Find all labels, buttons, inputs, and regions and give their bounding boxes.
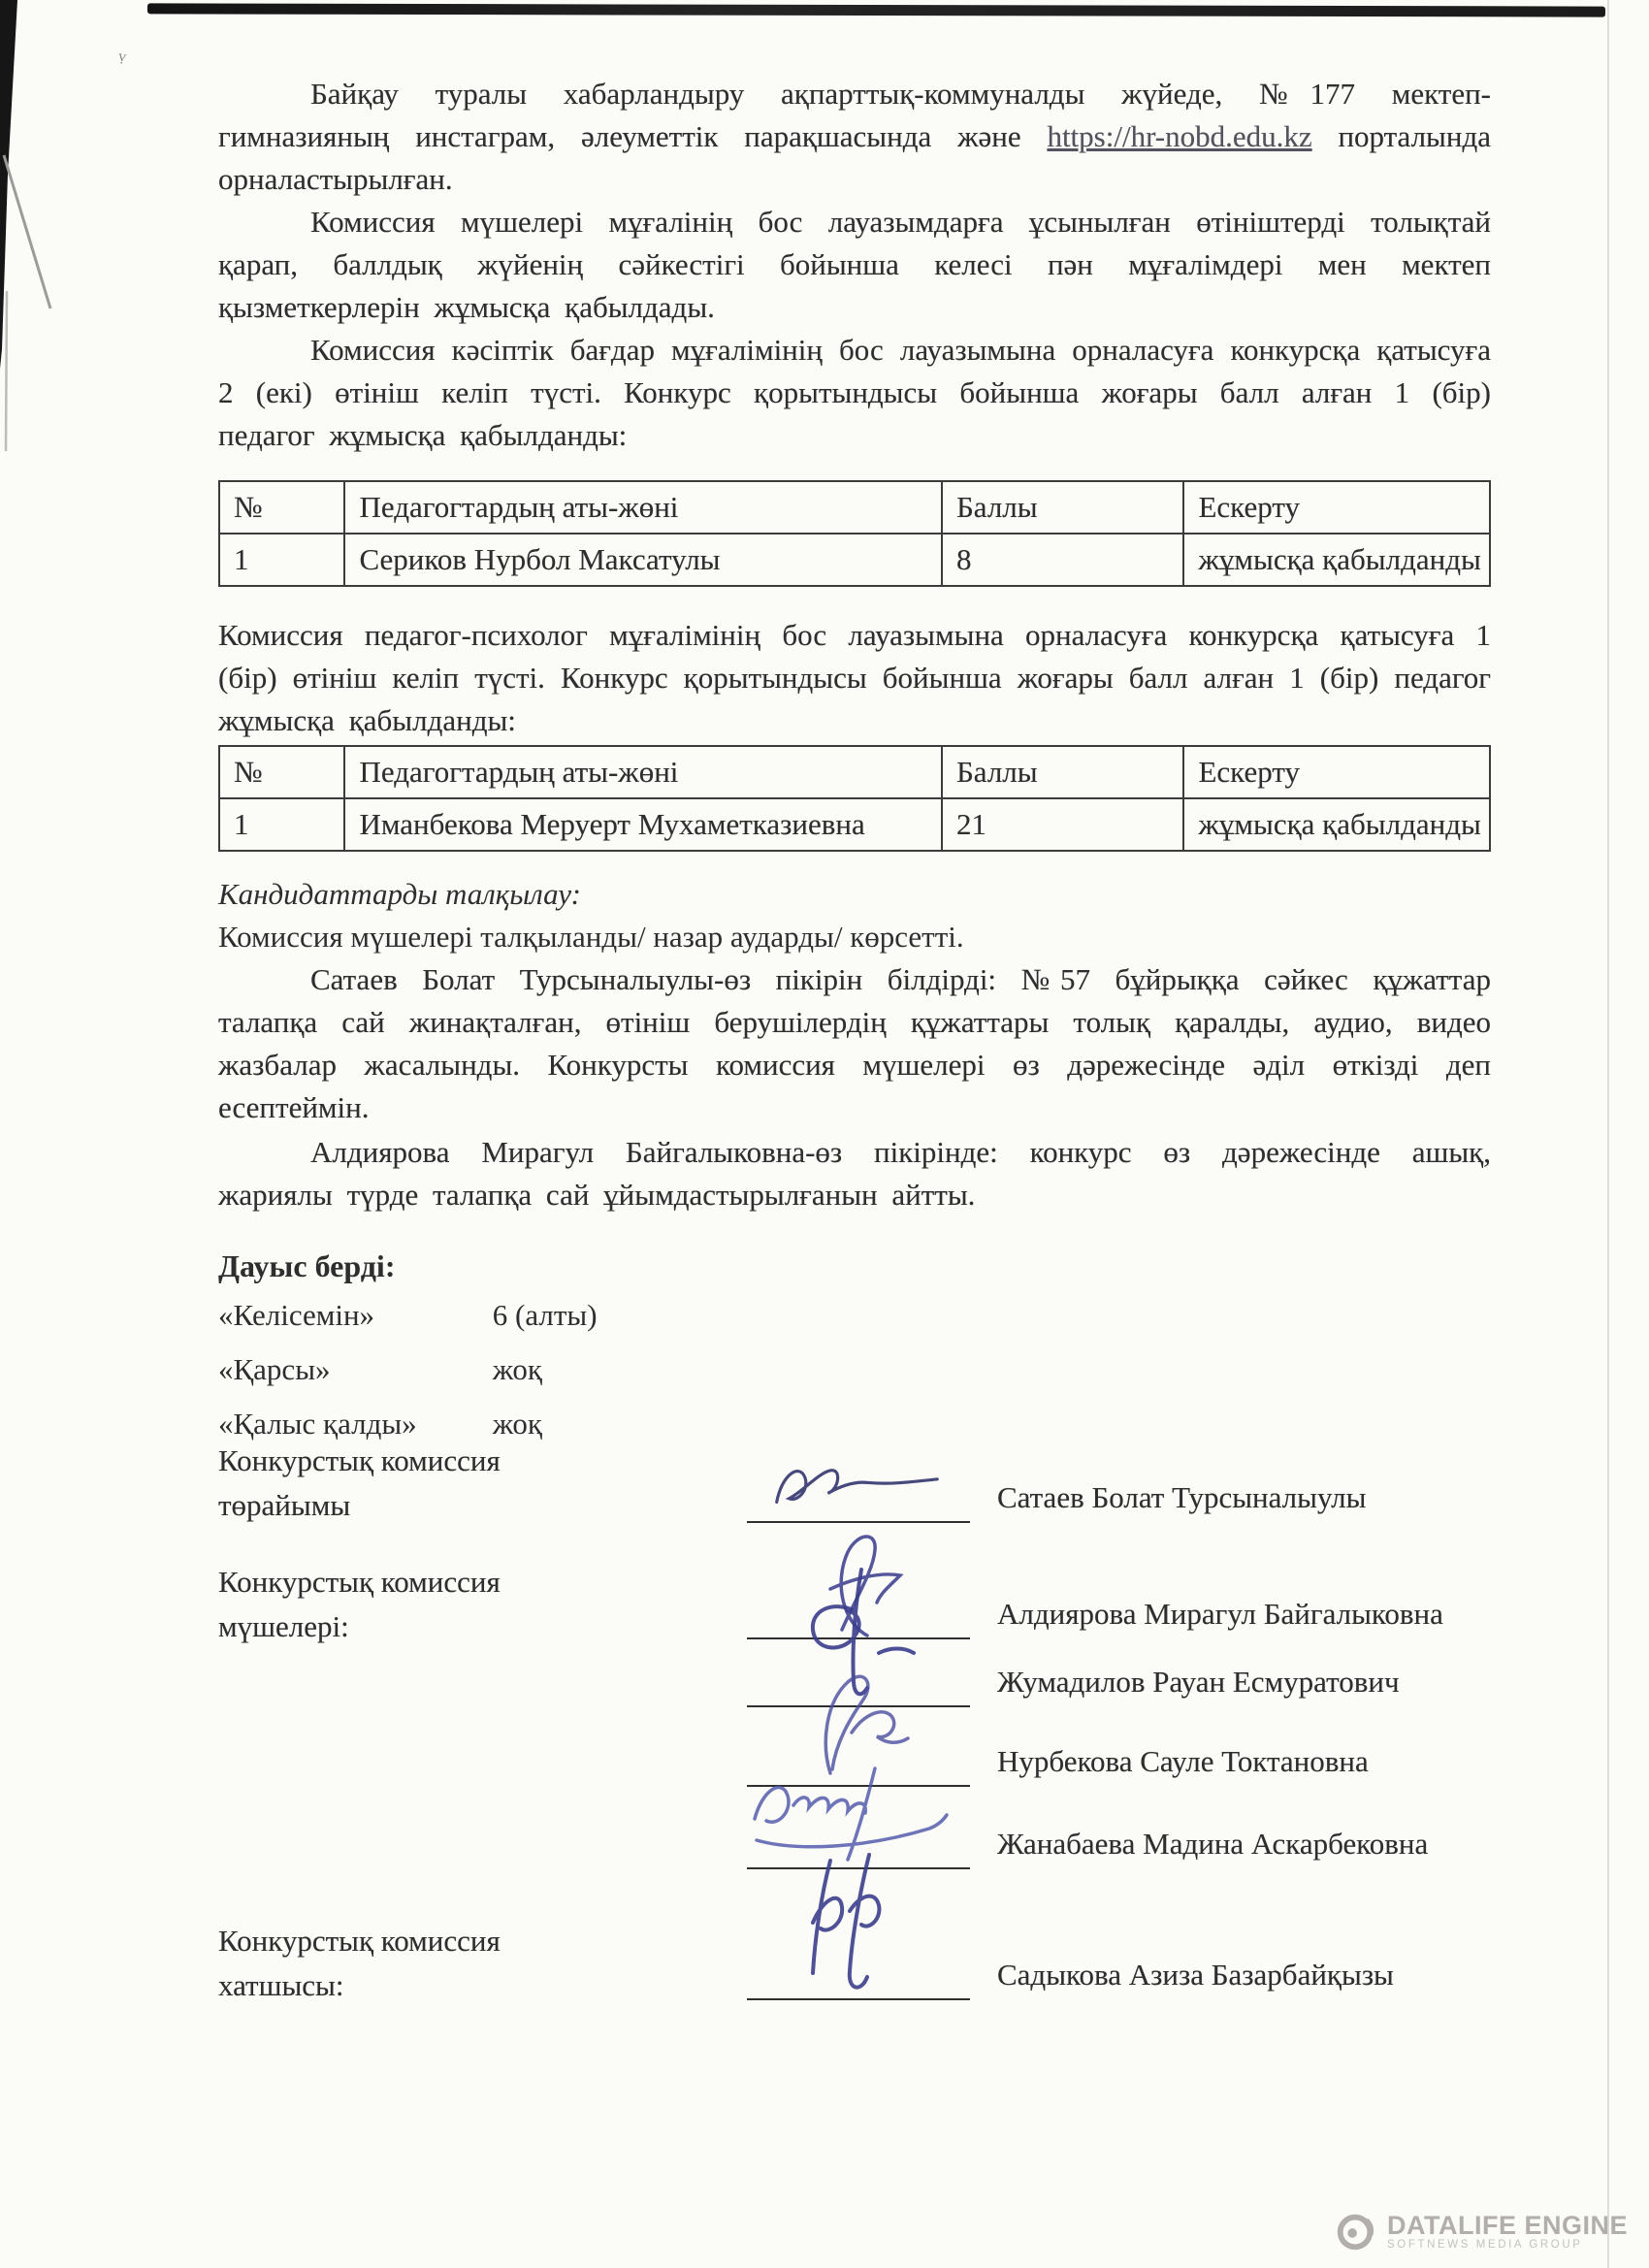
scan-top-edge-artifact xyxy=(147,3,1605,16)
cell-number: 1 xyxy=(219,798,344,851)
vote-value: жоқ xyxy=(493,1352,542,1386)
portal-url-link: https://hr-nobd.edu.kz xyxy=(1047,119,1311,153)
table-psychologist-results: № Педагогтардың аты-жөні Баллы Ескерту 1… xyxy=(218,745,1491,852)
paragraph-commission-review: Комиссия мүшелері мұғалінің бос лауазымд… xyxy=(218,201,1491,329)
cell-teacher-name: Сериков Нурбол Максатулы xyxy=(344,534,942,586)
signature-line: Садыкова Азиза Базарбайқызы xyxy=(747,1863,970,2000)
signature-section: Конкурстық комиссия төрайымы Сатаев Бола… xyxy=(218,1439,1491,2069)
role-secretary-line2: хатшысы: xyxy=(218,1963,626,2008)
signature-line: Сатаев Болат Турсыналыулы xyxy=(747,1443,970,1523)
signatory-name: Садыкова Азиза Базарбайқызы xyxy=(997,1958,1394,1993)
vote-heading: Дауыс берді: xyxy=(218,1244,1491,1288)
signatory-name: Сатаев Болат Турсыналыулы xyxy=(997,1480,1366,1515)
vote-label: «Келісемін» xyxy=(218,1288,485,1343)
table-header-row: № Педагогтардың аты-жөні Баллы Ескерту xyxy=(219,481,1490,534)
signature-entry-chair: Сатаев Болат Турсыналыулы xyxy=(747,1443,970,1523)
header-note: Ескерту xyxy=(1183,746,1490,798)
vote-value: 6 (алты) xyxy=(493,1298,598,1332)
table-header-row: № Педагогтардың аты-жөні Баллы Ескерту xyxy=(219,746,1490,798)
opinion-aldiyarova: Алдиярова Мирагул Байгалыковна-өз пікірі… xyxy=(218,1131,1491,1216)
table-row: 1 Иманбекова Меруерт Мухаметказиевна 21 … xyxy=(219,798,1490,851)
scan-speck-artifact: ṿ xyxy=(117,49,127,67)
cell-score: 21 xyxy=(942,798,1183,851)
header-score: Баллы xyxy=(942,481,1183,534)
cell-note: жұмысқа қабылданды xyxy=(1183,798,1490,851)
signatory-name: Жумадилов Рауан Есмуратович xyxy=(997,1665,1400,1700)
signatory-name: Нурбекова Сауле Токтановна xyxy=(997,1744,1369,1779)
cell-score: 8 xyxy=(942,534,1183,586)
signatory-name: Алдиярова Мирагул Байгалыковна xyxy=(997,1597,1443,1632)
cell-teacher-name: Иманбекова Меруерт Мухаметказиевна xyxy=(344,798,942,851)
signatory-name: Жанабаева Мадина Аскарбековна xyxy=(997,1827,1428,1862)
watermark-text: DATALIFE ENGINE SOFTNEWS MEDIA GROUP xyxy=(1387,2213,1628,2252)
paragraph-career-teacher-contest: Комиссия кәсіптік бағдар мұғалімінің бос… xyxy=(218,329,1491,457)
swirl-eye-icon xyxy=(1333,2210,1377,2254)
role-members: Конкурстық комиссия мүшелері: xyxy=(218,1560,626,1649)
role-members-line2: мүшелері: xyxy=(218,1604,626,1649)
scan-left-edge-artifact xyxy=(0,0,58,485)
signature-entry-secretary: Садыкова Азиза Базарбайқызы xyxy=(747,1863,970,2000)
header-teacher-name: Педагогтардың аты-жөні xyxy=(344,481,942,534)
discussion-heading: Кандидаттарды талқылау: xyxy=(218,873,1491,916)
header-teacher-name: Педагогтардың аты-жөні xyxy=(344,746,942,798)
vote-label: «Қарсы» xyxy=(218,1343,485,1397)
header-number: № xyxy=(219,746,344,798)
scanned-protocol-page: ṿ Байқау туралы хабарландыру ақпарттық-к… xyxy=(0,0,1649,2268)
header-score: Баллы xyxy=(942,746,1183,798)
paragraph-psychologist-contest: Комиссия педагог-психолог мұғалімінің бо… xyxy=(218,614,1491,742)
vote-section: Дауыс берді: «Келісемін» 6 (алты) «Қарсы… xyxy=(218,1244,1491,1451)
table-career-teacher-results: № Педагогтардың аты-жөні Баллы Ескерту 1… xyxy=(218,480,1491,587)
sataev-signature-scribble xyxy=(764,1443,958,1531)
vote-value: жоқ xyxy=(493,1407,542,1441)
watermark-subtitle: SOFTNEWS MEDIA GROUP xyxy=(1387,2238,1628,2252)
sadykova-signature-scribble xyxy=(780,1843,925,2008)
role-secretary-line1: Конкурстық комиссия xyxy=(218,1919,626,1963)
table-row: 1 Сериков Нурбол Максатулы 8 жұмысқа қаб… xyxy=(219,534,1490,586)
header-number: № xyxy=(219,481,344,534)
datalife-engine-watermark: DATALIFE ENGINE SOFTNEWS MEDIA GROUP xyxy=(1333,2210,1628,2254)
opinion-sataev: Сатаев Болат Турсыналыулы-өз пікірін біл… xyxy=(218,958,1491,1129)
role-chair: Конкурстық комиссия төрайымы xyxy=(218,1439,626,1528)
discussion-intro: Комиссия мүшелері талқыланды/ назар ауда… xyxy=(218,916,1491,958)
role-members-line1: Конкурстық комиссия xyxy=(218,1560,626,1604)
watermark-title: DATALIFE ENGINE xyxy=(1387,2213,1628,2238)
vote-row-against: «Қарсы» жоқ xyxy=(218,1343,1491,1397)
vote-row-agree: «Келісемін» 6 (алты) xyxy=(218,1288,1491,1343)
scan-right-edge-artifact xyxy=(1607,0,1609,2268)
role-chair-line1: Конкурстық комиссия xyxy=(218,1439,626,1483)
paragraph-announcement: Байқау туралы хабарландыру ақпарттық-ком… xyxy=(218,73,1491,201)
cell-number: 1 xyxy=(219,534,344,586)
role-secretary: Конкурстық комиссия хатшысы: xyxy=(218,1919,626,2008)
role-chair-line2: төрайымы xyxy=(218,1483,626,1528)
header-note: Ескерту xyxy=(1183,481,1490,534)
cell-note: жұмысқа қабылданды xyxy=(1183,534,1490,586)
